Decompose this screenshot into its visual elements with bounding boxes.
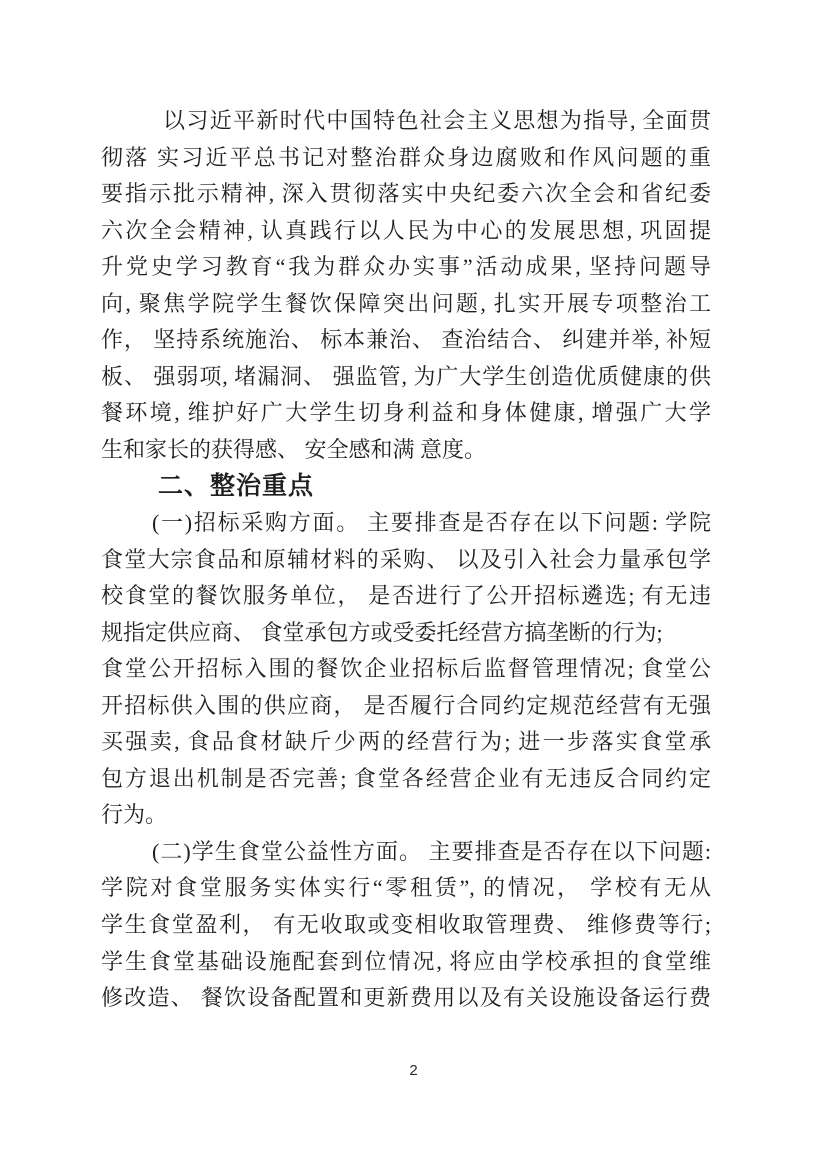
text-line: 作， 坚持系统施治、 标本兼治、 查治结合、 纠建并举, 补短 (101, 322, 711, 359)
text-line: 彻落 实习近平总书记对整治群众身边腐败和作风问题的重 (101, 140, 711, 177)
text-line: 买强卖, 食品食材缺斤少两的经营行为; 进一步落实食堂承 (101, 724, 711, 761)
section-heading: 二、整治重点 (101, 468, 711, 505)
text-line: 升党史学习教育“我为群众办实事”活动成果, 坚持问题导 (101, 249, 711, 286)
page-number: 2 (0, 1062, 827, 1079)
text-line: 修改造、 餐饮设备配置和更新费用以及有关设施设备运行费 (101, 980, 711, 1017)
text-line: 食堂公开招标入围的餐饮企业招标后监督管理情况; 食堂公 (101, 651, 711, 688)
document-page: 以习近平新时代中国特色社会主义思想为指导, 全面贯彻落 实习近平总书记对整治群众… (0, 0, 827, 1170)
text-line: 以习近平新时代中国特色社会主义思想为指导, 全面贯 (101, 103, 711, 140)
text-line: (二)学生食堂公益性方面。 主要排查是否存在以下问题: (101, 834, 711, 871)
text-line: 板、 强弱项, 堵漏洞、 强监管, 为广大学生创造优质健康的供 (101, 359, 711, 396)
text-line: 学生食堂基础设施配套到位情况, 将应由学校承担的食堂维 (101, 944, 711, 981)
text-line: 开招标供入围的供应商， 是否履行合同约定规范经营有无强 (101, 688, 711, 725)
text-line: 校食堂的餐饮服务单位， 是否进行了公开招标遴选; 有无违 (101, 578, 711, 615)
text-line: (一)招标采购方面。 主要排查是否存在以下问题: 学院 (101, 505, 711, 542)
text-line: 六次全会精神, 认真践行以人民为中心的发展思想, 巩固提 (101, 213, 711, 250)
text-line: 食堂大宗食品和原辅材料的采购、 以及引入社会力量承包学 (101, 542, 711, 579)
text-line: 要指示批示精神, 深入贯彻落实中央纪委六次全会和省纪委 (101, 176, 711, 213)
text-line: 学生食堂盈利， 有无收取或变相收取管理费、 维修费等行; (101, 907, 711, 944)
text-line: 生和家长的获得感、 安全感和满 意度。 (101, 432, 711, 469)
text-line: 行为。 (101, 797, 711, 834)
text-line: 餐环境, 维护好广大学生切身利益和身体健康, 增强广大学 (101, 395, 711, 432)
document-body: 以习近平新时代中国特色社会主义思想为指导, 全面贯彻落 实习近平总书记对整治群众… (101, 103, 711, 1017)
text-line: 规指定供应商、 食堂承包方或受委托经营方搞垄断的行为; (101, 615, 711, 652)
text-line: 包方退出机制是否完善; 食堂各经营企业有无违反合同约定 (101, 761, 711, 798)
text-line: 向, 聚焦学院学生餐饮保障突出问题, 扎实开展专项整治工 (101, 286, 711, 323)
text-line: 学院对食堂服务实体实行“零租赁”, 的情况， 学校有无从 (101, 870, 711, 907)
